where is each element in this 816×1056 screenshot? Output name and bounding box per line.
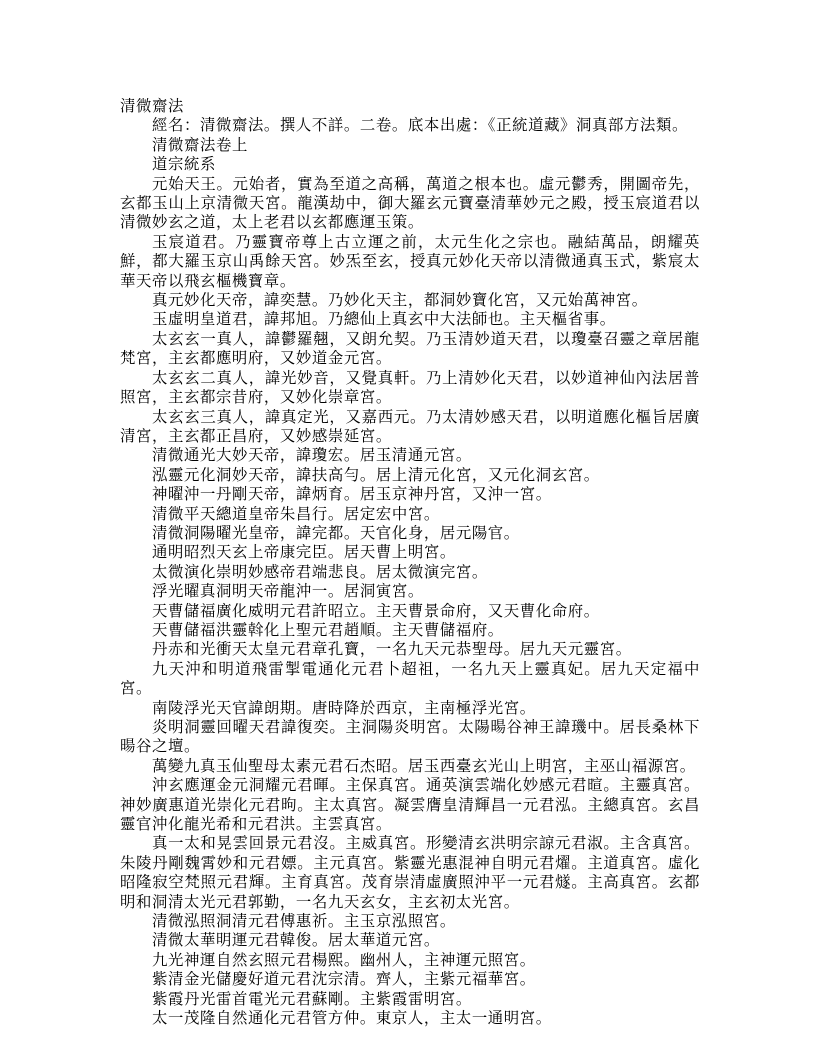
paragraph: 浮光曜真洞明天帝龍沖一。居洞寅宮。 [120, 582, 700, 601]
paragraph: 真一太和晃雲回景元君沒。主威真宮。形變清玄洪明宗諒元君淑。主含真宮。朱陵丹剛魏霄… [120, 834, 700, 912]
paragraph: 真元妙化天帝，諱奕慧。乃妙化天主，都洞妙寶化宮，又元始萬神宮。 [120, 291, 700, 310]
paragraph: 炎明洞靈回曜天君諱復奕。主洞陽炎明宮。太陽暘谷神王諱璣中。居長桑林下暘谷之壇。 [120, 718, 700, 757]
paragraph: 清微洞陽曜光皇帝，諱完都。天官化身，居元陽官。 [120, 524, 700, 543]
paragraph: 清微泓照洞清元君傅惠祈。主玉京泓照宮。 [120, 912, 700, 931]
paragraph: 南陵浮光天官諱朗期。唐時降於西京，主南極浮光宮。 [120, 699, 700, 718]
paragraph: 天曹儲福洪靈斡化上聖元君趙順。主天曹儲福府。 [120, 621, 700, 640]
paragraph: 紫清金光儲慶好道元君沈宗清。齊人，主紫元福華宮。 [120, 970, 700, 989]
paragraph: 通明昭烈天玄上帝康完臣。居天曹上明宮。 [120, 543, 700, 562]
paragraph: 九光神運自然玄照元君楊熙。幽州人，主神運元照宮。 [120, 951, 700, 970]
paragraph: 清微平天總道皇帝朱昌行。居定宏中宮。 [120, 505, 700, 524]
document-page: 清微齋法 經名：清微齋法。撰人不詳。二卷。底本出處：《正統道藏》洞真部方法類。 … [120, 97, 700, 1029]
paragraph: 太玄玄三真人，諱真定光，又嘉西元。乃太清妙感天君，以明道應化樞旨居廣清宮，主玄都… [120, 408, 700, 447]
document-title: 清微齋法 [120, 97, 700, 116]
paragraph: 玉宸道君。乃靈寶帝尊上古立運之前，太元生化之宗也。融結萬品，朗耀英鮮，都大羅玉京… [120, 233, 700, 291]
paragraph: 清微通光大妙天帝，諱瓊宏。居玉清通元宮。 [120, 446, 700, 465]
paragraph: 太一茂隆自然通化元君管方仲。東京人，主太一通明宮。 [120, 1009, 700, 1028]
paragraph: 太玄玄一真人，諱鬱羅翹，又朗允契。乃玉清妙道天君，以瓊臺召靈之章居龍梵宮，主玄都… [120, 330, 700, 369]
paragraph: 萬變九真玉仙聖母太素元君石杰昭。居玉西臺玄光山上明宮，主巫山福源宮。 [120, 757, 700, 776]
paragraph-scripture-info: 經名：清微齋法。撰人不詳。二卷。底本出處：《正統道藏》洞真部方法類。 [120, 116, 700, 135]
paragraph: 天曹儲福廣化威明元君許昭立。主天曹景命府，又天曹化命府。 [120, 602, 700, 621]
paragraph-volume-heading: 清微齋法卷上 [120, 136, 700, 155]
paragraph: 太玄玄二真人，諱光妙音，又覺真軒。乃上清妙化天君，以妙道神仙內法居普照宮，主玄都… [120, 369, 700, 408]
paragraph: 元始天王。元始者，實為至道之高稱，萬道之根本也。虛元鬱秀，開圖帝先，玄都玉山上京… [120, 175, 700, 233]
paragraph: 紫霞丹光雷首電光元君蘇剛。主紫霞雷明宮。 [120, 990, 700, 1009]
paragraph: 玉虛明皇道君，諱邦旭。乃總仙上真玄中大法師也。主天樞省事。 [120, 310, 700, 329]
paragraph: 丹赤和光衝天太皇元君章孔寶，一名九天元恭聖母。居九天元靈宮。 [120, 640, 700, 659]
paragraph-section-heading: 道宗統系 [120, 155, 700, 174]
paragraph: 清微太華明運元君韓俊。居太華道元宮。 [120, 931, 700, 950]
paragraph: 太微演化崇明妙感帝君端悲良。居太微演完宮。 [120, 563, 700, 582]
paragraph: 九天沖和明道飛雷掣電通化元君卜超祖，一名九天上靈真妃。居九天定福中宮。 [120, 660, 700, 699]
paragraph: 沖玄應運金元洞耀元君暉。主保真宮。通英演雲端化妙感元君暄。主靈真宮。神妙廣惠道光… [120, 776, 700, 834]
paragraph: 泓靈元化洞妙天帝，諱扶高勻。居上清元化宮，又元化洞玄宮。 [120, 466, 700, 485]
paragraph: 神曜沖一丹剛天帝，諱炳育。居玉京神丹宮，又沖一宮。 [120, 485, 700, 504]
